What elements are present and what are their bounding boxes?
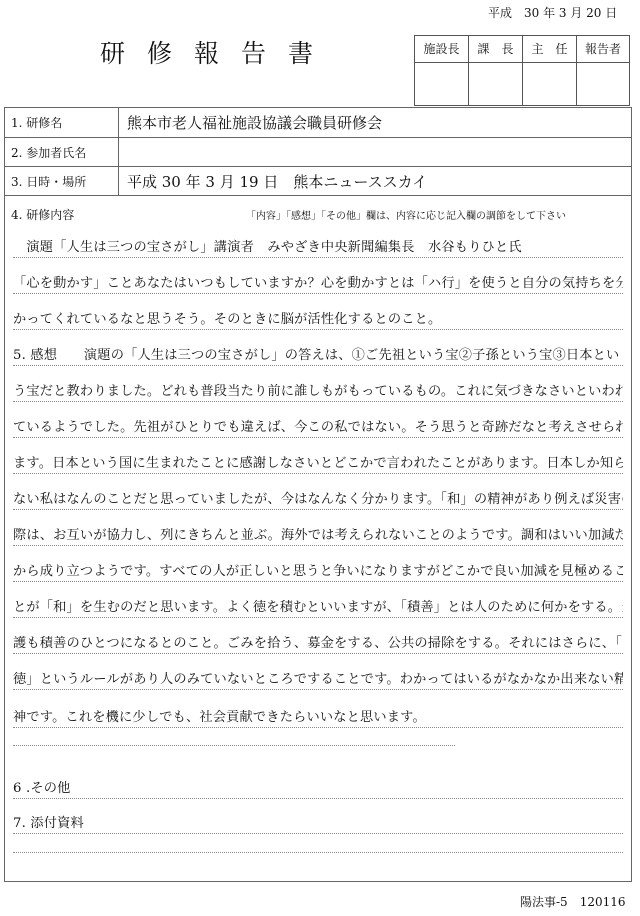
content-line: 「心を動かす」ことあなたはいつもしていますか？心を動かすとは「ハ行」を使うと自分… <box>13 275 623 294</box>
field-label: 2. 参加者氏名 <box>5 138 119 166</box>
stamp-box-reporter[interactable] <box>577 63 629 105</box>
section-other-line: 6 .その他 <box>13 780 623 799</box>
field-label: 1. 研修名 <box>5 108 119 137</box>
instruction-note: 「内容」「感想」「その他」欄は、内容に応じ記入欄の調節をして下さい <box>246 207 566 222</box>
form-row-participant-name: 2. 参加者氏名 <box>5 138 631 167</box>
training-name-field[interactable]: 熊本市老人福祉施設協議会職員研修会 <box>119 108 631 137</box>
impressions-line: ているようでした。先祖がひとりでも違えば、今この私ではない。そう思うと奇跡だなと… <box>13 419 623 438</box>
content-line: かってくれているなと思うそう。そのときに脳が活性化するとのこと。 <box>13 311 623 330</box>
field-label: 3. 日時・場所 <box>5 167 119 195</box>
form-code: 陽法事-5 120116 <box>520 893 626 910</box>
content-line: 演題「人生は三つの宝さがし」講演者 みやざき中央新聞編集長 水谷もりひと氏 <box>13 239 623 258</box>
page-title: 研修報告書 <box>100 34 335 70</box>
section-attachments-line: 7. 添付資料 <box>13 815 623 834</box>
impressions-line: から成り立つようです。すべての人が正しいと思うと争いになりますがどこかで良い加減… <box>13 563 623 582</box>
report-form: 1. 研修名 熊本市老人福祉施設協議会職員研修会 2. 参加者氏名 3. 日時・… <box>4 107 632 882</box>
impressions-line: 際は、お互いが協力し、列にきちんと並ぶ。海外では考えられないことのようです。調和… <box>13 527 623 546</box>
impressions-line: 神です。これを機に少しでも、社会貢献できたらいいなと思います。 <box>13 709 623 728</box>
impressions-line: 5. 感想 演題の「人生は三つの宝さがし」の答えは、①ご先祖という宝②子孫という… <box>13 347 623 366</box>
impressions-line: ない私はなんのことだと思っていましたが、今はなんなく分かります。「和」の精神があ… <box>13 491 623 510</box>
date-place-field[interactable]: 平成 30 年 3 月 19 日 熊本ニューススカイ <box>119 167 631 195</box>
stamp-box-facility-director[interactable] <box>415 63 469 105</box>
approval-header-supervisor: 主 任 <box>523 36 577 63</box>
participant-name-field[interactable] <box>119 138 631 166</box>
blank-line[interactable] <box>13 745 455 746</box>
stamp-box-section-chief[interactable] <box>469 63 523 105</box>
blank-line[interactable] <box>13 852 623 853</box>
form-row-training-name: 1. 研修名 熊本市老人福祉施設協議会職員研修会 <box>5 108 631 138</box>
impressions-line: う宝だと教わりました。どれも普段当たり前に誰しもがもっているもの。これに気づきな… <box>13 383 623 402</box>
impressions-line: ます。日本という国に生まれたことに感謝しなさいとどこかで言われたことがあります。… <box>13 455 623 474</box>
approval-header-facility-director: 施設長 <box>415 36 469 63</box>
section-training-content-label: 4. 研修内容 <box>11 206 74 223</box>
approval-stamp-table: 施設長 課 長 主 任 報告者 <box>414 35 630 106</box>
approval-header-section-chief: 課 長 <box>469 36 523 63</box>
approval-header-reporter: 報告者 <box>577 36 629 63</box>
impressions-line: 徳」というルールがあり人のみていないところですることです。わかってはいるがなかな… <box>13 671 623 690</box>
impressions-line: とが「和」を生むのだと思います。よく徳を積むといいますが、「積善」とは人のために… <box>13 599 623 618</box>
form-row-date-place: 3. 日時・場所 平成 30 年 3 月 19 日 熊本ニューススカイ <box>5 167 631 196</box>
impressions-line: 護も積善のひとつになるとのこと。ごみを拾う、募金をする、公共の掃除をする。それに… <box>13 635 623 654</box>
stamp-box-supervisor[interactable] <box>523 63 577 105</box>
report-date: 平成 30 年 3 月 20 日 <box>488 4 617 21</box>
